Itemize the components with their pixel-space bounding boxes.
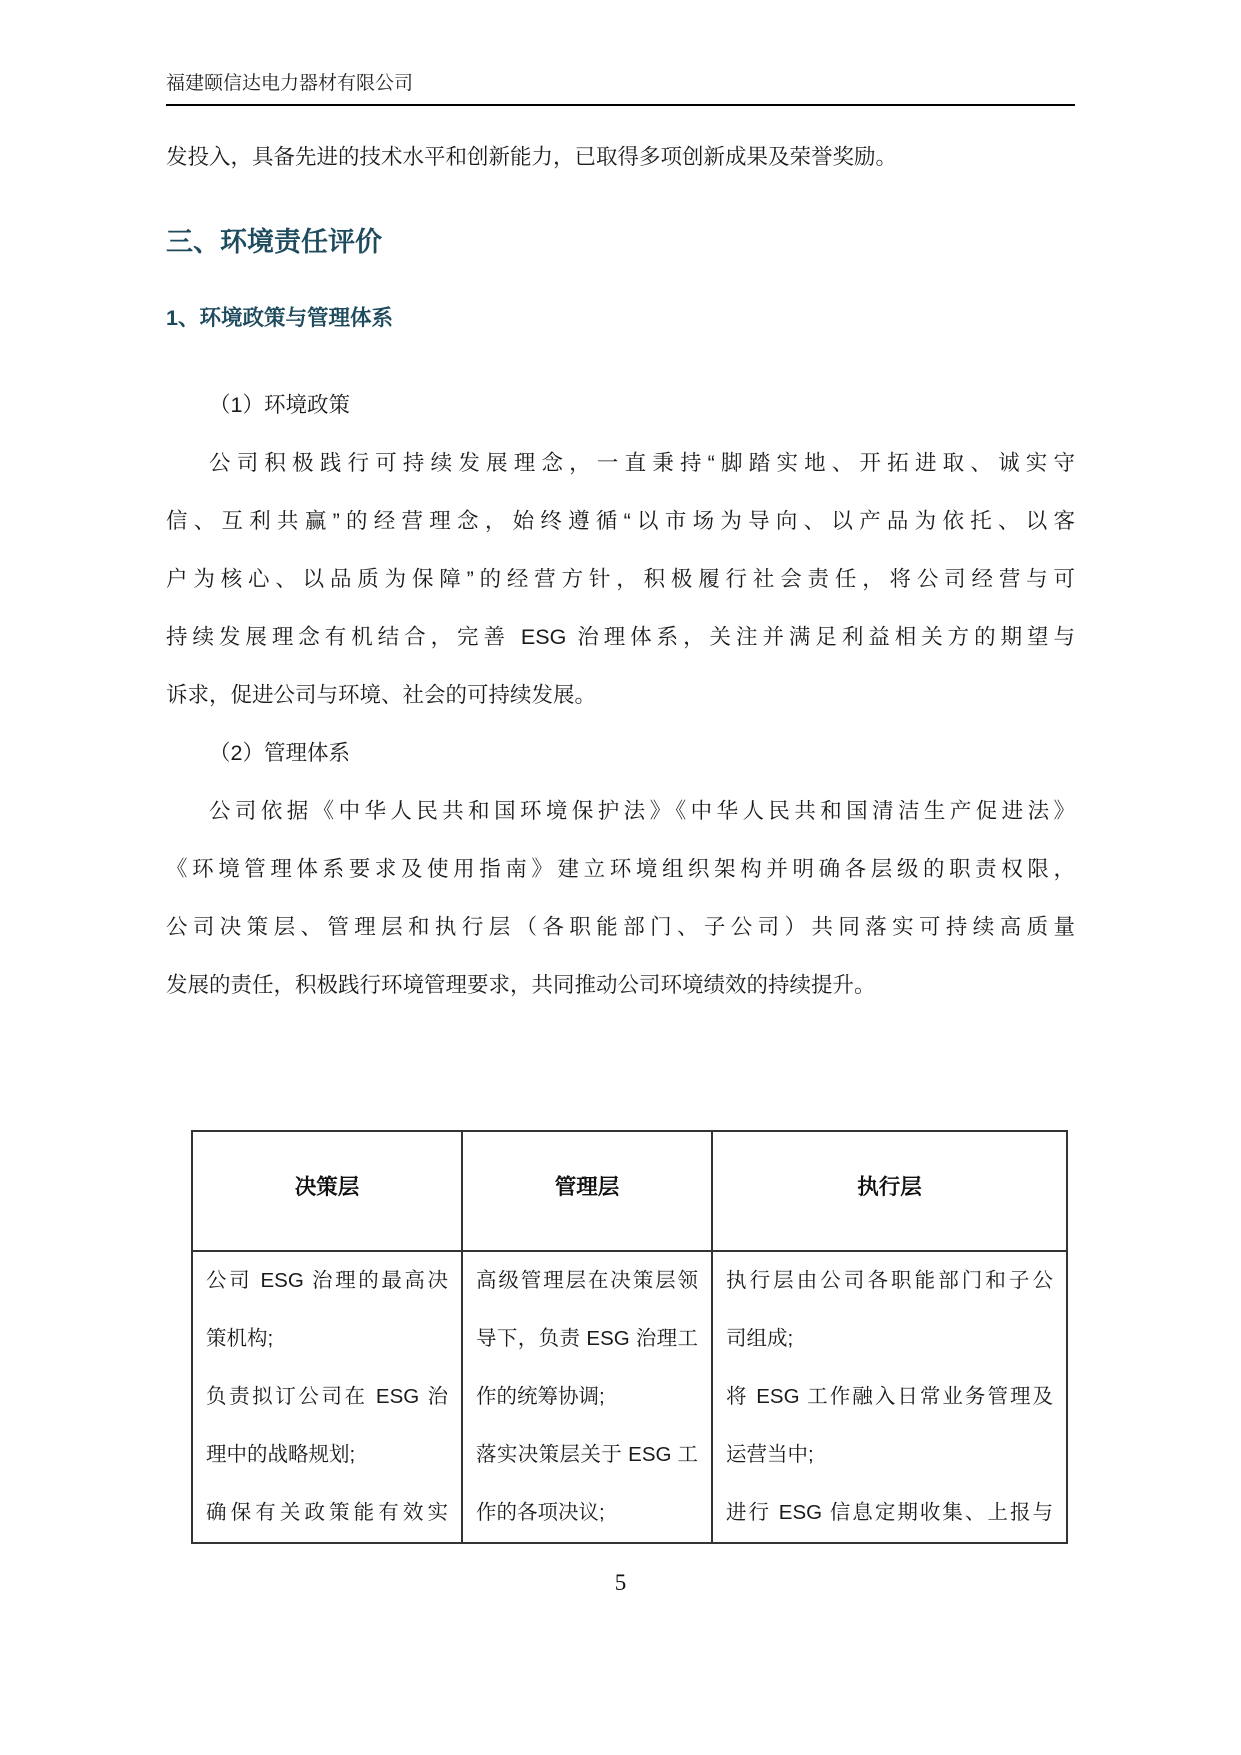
text-line: 导下，负责 ESG 治理工	[476, 1310, 698, 1368]
sub2-title: （2）管理体系	[166, 724, 1075, 782]
text-line: 高级管理层在决策层领	[476, 1252, 698, 1310]
esg-governance-table: 决策层 管理层 执行层 公司 ESG 治理的最高决策机构;负责拟订公司在 ESG…	[191, 1130, 1068, 1544]
text-line: 诉求，促进公司与环境、社会的可持续发展。	[166, 666, 1075, 724]
text-line: 公司积极践行可持续发展理念，一直秉持“脚踏实地、开拓进取、诚实守	[166, 434, 1075, 492]
management-system-paragraph: 公司依据《中华人民共和国环境保护法》《中华人民共和国清洁生产促进法》《环境管理体…	[166, 782, 1075, 1014]
intro-paragraph: 发投入，具备先进的技术水平和创新能力，已取得多项创新成果及荣誉奖励。	[166, 128, 1075, 186]
subsection-heading: 1、环境政策与管理体系	[166, 302, 1075, 334]
text-line: 作的统筹协调;	[476, 1368, 698, 1426]
table-header-decision-layer: 决策层	[192, 1131, 462, 1251]
company-name: 福建颐信达电力器材有限公司	[166, 68, 1075, 104]
text-line: 《环境管理体系要求及使用指南》建立环境组织架构并明确各层级的职责权限，	[166, 840, 1075, 898]
text-line: 理中的战略规划;	[206, 1426, 448, 1484]
text-line: 户为核心、以品质为保障”的经营方针，积极履行社会责任，将公司经营与可	[166, 550, 1075, 608]
text-line: 进行 ESG 信息定期收集、上报与	[726, 1484, 1053, 1542]
text-line: 将 ESG 工作融入日常业务管理及	[726, 1368, 1053, 1426]
text-line: 确保有关政策能有效实	[206, 1484, 448, 1542]
page-footer: 5	[0, 1570, 1241, 1596]
document-page: 福建颐信达电力器材有限公司 发投入，具备先进的技术水平和创新能力，已取得多项创新…	[0, 0, 1241, 1755]
text-line: 司组成;	[726, 1310, 1053, 1368]
text-line: 作的各项决议;	[476, 1484, 698, 1542]
table-cell-decision-layer: 公司 ESG 治理的最高决策机构;负责拟订公司在 ESG 治理中的战略规划;确保…	[192, 1251, 462, 1543]
text-line: 公司决策层、管理层和执行层（各职能部门、子公司）共同落实可持续高质量	[166, 898, 1075, 956]
text-line: 负责拟订公司在 ESG 治	[206, 1368, 448, 1426]
text-line: 发展的责任，积极践行环境管理要求，共同推动公司环境绩效的持续提升。	[166, 956, 1075, 1014]
text-line: 策机构;	[206, 1310, 448, 1368]
document-header: 福建颐信达电力器材有限公司	[0, 0, 1241, 106]
table-header-management-layer: 管理层	[462, 1131, 712, 1251]
section-heading: 三、环境责任评价	[166, 222, 1075, 262]
text-line: 信、互利共赢”的经营理念，始终遵循“以市场为导向、以产品为依托、以客	[166, 492, 1075, 550]
text-line: 持续发展理念有机结合，完善 ESG 治理体系，关注并满足利益相关方的期望与	[166, 608, 1075, 666]
text-line: 执行层由公司各职能部门和子公	[726, 1252, 1053, 1310]
table-cell-management-layer: 高级管理层在决策层领导下，负责 ESG 治理工作的统筹协调;落实决策层关于 ES…	[462, 1251, 712, 1543]
sub1-title: （1）环境政策	[166, 376, 1075, 434]
text-line: 运营当中;	[726, 1426, 1053, 1484]
table-header-execution-layer: 执行层	[712, 1131, 1067, 1251]
text-line: 公司 ESG 治理的最高决	[206, 1252, 448, 1310]
table-cell-execution-layer: 执行层由公司各职能部门和子公司组成;将 ESG 工作融入日常业务管理及运营当中;…	[712, 1251, 1067, 1543]
text-line: 落实决策层关于 ESG 工	[476, 1426, 698, 1484]
page-number: 5	[615, 1570, 627, 1595]
text-line: 公司依据《中华人民共和国环境保护法》《中华人民共和国清洁生产促进法》	[166, 782, 1075, 840]
table-header-row: 决策层 管理层 执行层	[192, 1131, 1067, 1251]
table-body-row: 公司 ESG 治理的最高决策机构;负责拟订公司在 ESG 治理中的战略规划;确保…	[192, 1251, 1067, 1543]
header-rule	[166, 104, 1075, 106]
document-body: 发投入，具备先进的技术水平和创新能力，已取得多项创新成果及荣誉奖励。 三、环境责…	[0, 128, 1241, 1544]
environment-policy-paragraph: 公司积极践行可持续发展理念，一直秉持“脚踏实地、开拓进取、诚实守信、互利共赢”的…	[166, 434, 1075, 724]
